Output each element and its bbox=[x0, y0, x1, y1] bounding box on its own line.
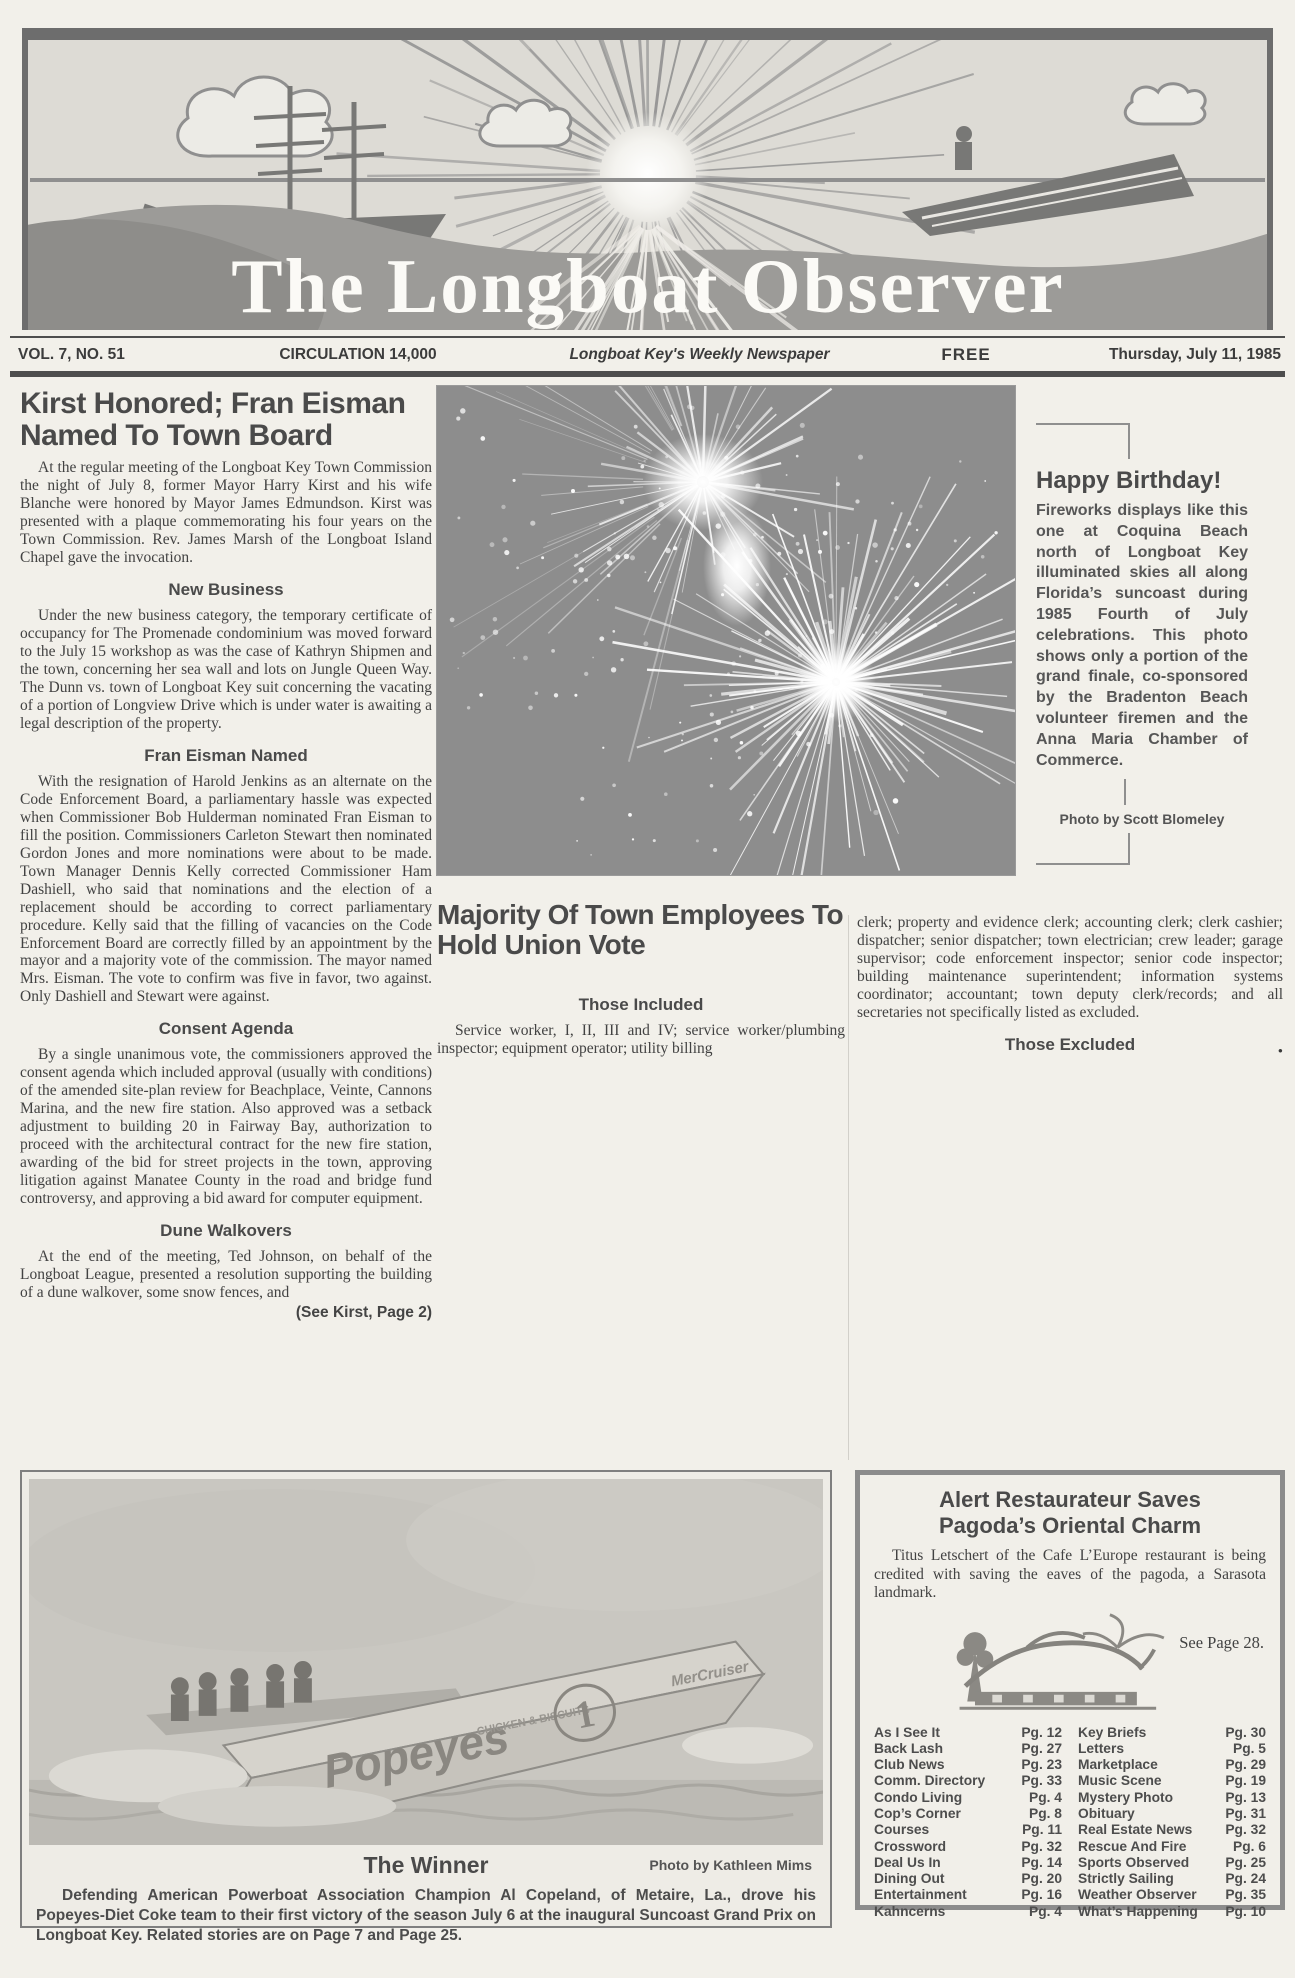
section-body: At the end of the meeting, Ted Johnson, … bbox=[20, 1248, 432, 1302]
index-row: Comm. Directory Pg. 33 bbox=[874, 1773, 1062, 1789]
index-row: Club News Pg. 23 bbox=[874, 1757, 1062, 1773]
masthead-top-border bbox=[22, 28, 1273, 40]
section-body: By a single unanimous vote, the commissi… bbox=[20, 1046, 432, 1208]
burst-trail bbox=[703, 506, 771, 626]
index-col-right: Key Briefs Pg. 30 Letters Pg. 5 Marketpl… bbox=[1078, 1725, 1266, 1920]
section-heading: New Business bbox=[20, 580, 432, 600]
index-page: Pg. 13 bbox=[1225, 1790, 1266, 1806]
article-kirst-headline: Kirst Honored; Fran Eisman Named To Town… bbox=[20, 388, 432, 452]
index-page: Pg. 16 bbox=[1021, 1887, 1062, 1903]
index-row: Letters Pg. 5 bbox=[1078, 1741, 1266, 1757]
photo-credit: Photo by Kathleen Mims bbox=[649, 1857, 812, 1873]
index-label: Back Lash bbox=[874, 1741, 943, 1757]
masthead-right-border bbox=[1267, 28, 1273, 330]
fireworks-photo bbox=[437, 386, 1015, 875]
included-para: Service worker, I, II, III and IV; servi… bbox=[437, 1022, 845, 1058]
index-page: Pg. 10 bbox=[1225, 1904, 1266, 1920]
index-page: Pg. 27 bbox=[1021, 1741, 1062, 1757]
index-row: Dining Out Pg. 20 bbox=[874, 1871, 1062, 1887]
sidebar-heading: Happy Birthday! bbox=[1036, 467, 1248, 495]
masthead-banner: The Longboat Observer bbox=[22, 28, 1273, 330]
article-kirst-sections: New Business Under the new business cate… bbox=[20, 580, 432, 1302]
index-page: Pg. 31 bbox=[1225, 1806, 1266, 1822]
index-page: Pg. 4 bbox=[1029, 1790, 1062, 1806]
index-page: Pg. 14 bbox=[1021, 1855, 1062, 1871]
index-label: Courses bbox=[874, 1822, 929, 1838]
index-row: Cop’s Corner Pg. 8 bbox=[874, 1806, 1062, 1822]
tagline: Longboat Key's Weekly Newspaper bbox=[508, 346, 891, 364]
index-label: Strictly Sailing bbox=[1078, 1871, 1174, 1887]
index-row: Marketplace Pg. 29 bbox=[1078, 1757, 1266, 1773]
section-body: Under the new business category, the tem… bbox=[20, 607, 432, 733]
index-label: Dining Out bbox=[874, 1871, 945, 1887]
index-page: Pg. 32 bbox=[1225, 1822, 1266, 1838]
photo-credit: Photo by Scott Blomeley bbox=[1036, 811, 1248, 827]
index-label: Letters bbox=[1078, 1741, 1124, 1757]
index-row: As I See It Pg. 12 bbox=[874, 1725, 1062, 1741]
section-heading: Consent Agenda bbox=[20, 1019, 432, 1039]
pagoda-illustration bbox=[934, 1609, 1174, 1715]
index-row: Condo Living Pg. 4 bbox=[874, 1790, 1062, 1806]
classification-list: clerk; property and evidence clerk; acco… bbox=[857, 914, 1283, 1022]
index-row: Key Briefs Pg. 30 bbox=[1078, 1725, 1266, 1741]
index-label: Real Estate News bbox=[1078, 1822, 1192, 1838]
index-page: Pg. 5 bbox=[1233, 1741, 1266, 1757]
masthead-illustration: The Longboat Observer bbox=[22, 28, 1273, 330]
article-union-col2: clerk; property and evidence clerk; acco… bbox=[857, 914, 1283, 1061]
happy-birthday-sidebar: Happy Birthday! Fireworks displays like … bbox=[1036, 423, 1248, 865]
section-heading: Dune Walkovers bbox=[20, 1221, 432, 1241]
index-label: Club News bbox=[874, 1757, 945, 1773]
spray bbox=[682, 1727, 813, 1764]
index-page: Pg. 32 bbox=[1021, 1839, 1062, 1855]
index-row: Obituary Pg. 31 bbox=[1078, 1806, 1266, 1822]
burst-glow-lower bbox=[796, 642, 876, 722]
article-section: Fran Eisman Named With the resignation o… bbox=[20, 746, 432, 1007]
index-label: What’s Happening bbox=[1078, 1904, 1198, 1920]
index-row: What’s Happening Pg. 10 bbox=[1078, 1904, 1266, 1920]
index-page: Pg. 20 bbox=[1021, 1871, 1062, 1887]
index-row: Courses Pg. 11 bbox=[874, 1822, 1062, 1838]
index-row: Kahncerns Pg. 4 bbox=[874, 1904, 1062, 1920]
bracket-bottom bbox=[1036, 833, 1130, 865]
masthead-left-border bbox=[22, 28, 28, 330]
index-page: Pg. 33 bbox=[1021, 1773, 1062, 1789]
index-page: Pg. 30 bbox=[1225, 1725, 1266, 1741]
index-row: Mystery Photo Pg. 13 bbox=[1078, 1790, 1266, 1806]
article-kirst: Kirst Honored; Fran Eisman Named To Town… bbox=[20, 388, 432, 1322]
index-row: Music Scene Pg. 19 bbox=[1078, 1773, 1266, 1789]
spray bbox=[158, 1786, 396, 1827]
index-col-left: As I See It Pg. 12 Back Lash Pg. 27 Club… bbox=[874, 1725, 1062, 1920]
index-row: Back Lash Pg. 27 bbox=[874, 1741, 1062, 1757]
index-row: Deal Us In Pg. 14 bbox=[874, 1855, 1062, 1871]
section-heading: Fran Eisman Named bbox=[20, 746, 432, 766]
bracket-top bbox=[1036, 423, 1130, 459]
index-row: Real Estate News Pg. 32 bbox=[1078, 1822, 1266, 1838]
see-page-ref: See Page 28. bbox=[1179, 1633, 1264, 1653]
index-label: Weather Observer bbox=[1078, 1887, 1197, 1903]
index-page: Pg. 4 bbox=[1029, 1904, 1062, 1920]
index-page: Pg. 23 bbox=[1021, 1757, 1062, 1773]
index-page: Pg. 12 bbox=[1021, 1725, 1062, 1741]
sidebar-body: Fireworks displays like this one at Coqu… bbox=[1036, 501, 1248, 771]
index-row: Sports Observed Pg. 25 bbox=[1078, 1855, 1266, 1871]
column-rule bbox=[848, 915, 849, 1460]
index-page: Pg. 24 bbox=[1225, 1871, 1266, 1887]
index-row: Crossword Pg. 32 bbox=[874, 1839, 1062, 1855]
article-section: Consent Agenda By a single unanimous vot… bbox=[20, 1019, 432, 1208]
index-page: Pg. 11 bbox=[1022, 1822, 1062, 1838]
index-row: Entertainment Pg. 16 bbox=[874, 1887, 1062, 1903]
index-page: Pg. 8 bbox=[1029, 1806, 1062, 1822]
index-label: Key Briefs bbox=[1078, 1725, 1146, 1741]
article-union-headline-block: Majority Of Town Employees To Hold Union… bbox=[437, 900, 849, 960]
winner-caption: Defending American Powerboat Association… bbox=[36, 1886, 816, 1945]
index-box: Alert Restaurateur Saves Pagoda’s Orient… bbox=[855, 1470, 1285, 1910]
jump-line: (See Kirst, Page 2) bbox=[20, 1304, 432, 1322]
index-label: Deal Us In bbox=[874, 1855, 941, 1871]
index-row: Strictly Sailing Pg. 24 bbox=[1078, 1871, 1266, 1887]
circulation: CIRCULATION 14,000 bbox=[208, 346, 508, 364]
article-union-headline: Majority Of Town Employees To Hold Union… bbox=[437, 900, 849, 960]
index-label: Condo Living bbox=[874, 1790, 962, 1806]
index-page: Pg. 6 bbox=[1233, 1839, 1266, 1855]
article-section: Dune Walkovers At the end of the meeting… bbox=[20, 1221, 432, 1302]
sun-icon bbox=[586, 112, 710, 236]
article-union-col1: Those Included Service worker, I, II, II… bbox=[437, 982, 845, 1058]
index-headline-line1: Alert Restaurateur Saves bbox=[939, 1487, 1201, 1512]
powerboat-image: Popeyes CHICKEN & BISCUITS 1 MerCruiser bbox=[29, 1479, 823, 1845]
index-label: Rescue And Fire bbox=[1078, 1839, 1186, 1855]
article-kirst-lead: At the regular meeting of the Longboat K… bbox=[20, 459, 432, 567]
winner-caption-line: The Winner Photo by Kathleen Mims bbox=[22, 1852, 830, 1882]
index-page: Pg. 29 bbox=[1225, 1757, 1266, 1773]
index-label: Music Scene bbox=[1078, 1773, 1162, 1789]
index-row: Rescue And Fire Pg. 6 bbox=[1078, 1839, 1266, 1855]
index-label: Cop’s Corner bbox=[874, 1806, 961, 1822]
price-label: FREE bbox=[891, 345, 1041, 365]
index-label: Obituary bbox=[1078, 1806, 1135, 1822]
index-page: Pg. 19 bbox=[1225, 1773, 1266, 1789]
bracket-mid bbox=[1124, 779, 1126, 805]
powerboat-photo: Popeyes CHICKEN & BISCUITS 1 MerCruiser bbox=[29, 1479, 823, 1845]
issue-date: Thursday, July 11, 1985 bbox=[1041, 346, 1285, 364]
index-label: As I See It bbox=[874, 1725, 940, 1741]
index-page: Pg. 25 bbox=[1225, 1855, 1266, 1871]
index-page: Pg. 35 bbox=[1225, 1887, 1266, 1903]
index-headline-line2: Pagoda’s Oriental Charm bbox=[939, 1513, 1201, 1538]
included-heading: Those Included bbox=[437, 995, 845, 1015]
newspaper-front-page: The Longboat Observer VOL. 7, NO. 51 CIR… bbox=[0, 0, 1295, 1978]
masthead-title: The Longboat Observer bbox=[231, 243, 1064, 329]
winner-photo-box: Popeyes CHICKEN & BISCUITS 1 MerCruiser … bbox=[20, 1470, 832, 1928]
fireworks-image bbox=[437, 386, 1015, 875]
index-label: Mystery Photo bbox=[1078, 1790, 1173, 1806]
index-label: Marketplace bbox=[1078, 1757, 1158, 1773]
index-columns: As I See It Pg. 12 Back Lash Pg. 27 Club… bbox=[874, 1725, 1266, 1920]
index-label: Entertainment bbox=[874, 1887, 967, 1903]
index-row: Weather Observer Pg. 35 bbox=[1078, 1887, 1266, 1903]
article-section: New Business Under the new business cate… bbox=[20, 580, 432, 733]
index-label: Kahncerns bbox=[874, 1904, 945, 1920]
volume-number: VOL. 7, NO. 51 bbox=[10, 346, 208, 364]
index-headline: Alert Restaurateur Saves Pagoda’s Orient… bbox=[874, 1487, 1266, 1539]
index-label: Sports Observed bbox=[1078, 1855, 1189, 1871]
pagoda-row: See Page 28. bbox=[874, 1605, 1266, 1717]
index-label: Crossword bbox=[874, 1839, 946, 1855]
info-bar: VOL. 7, NO. 51 CIRCULATION 14,000 Longbo… bbox=[10, 336, 1285, 377]
section-body: With the resignation of Harold Jenkins a… bbox=[20, 773, 432, 1007]
index-blurb: Titus Letschert of the Cafe L’Europe res… bbox=[874, 1547, 1266, 1603]
index-label: Comm. Directory bbox=[874, 1773, 985, 1789]
